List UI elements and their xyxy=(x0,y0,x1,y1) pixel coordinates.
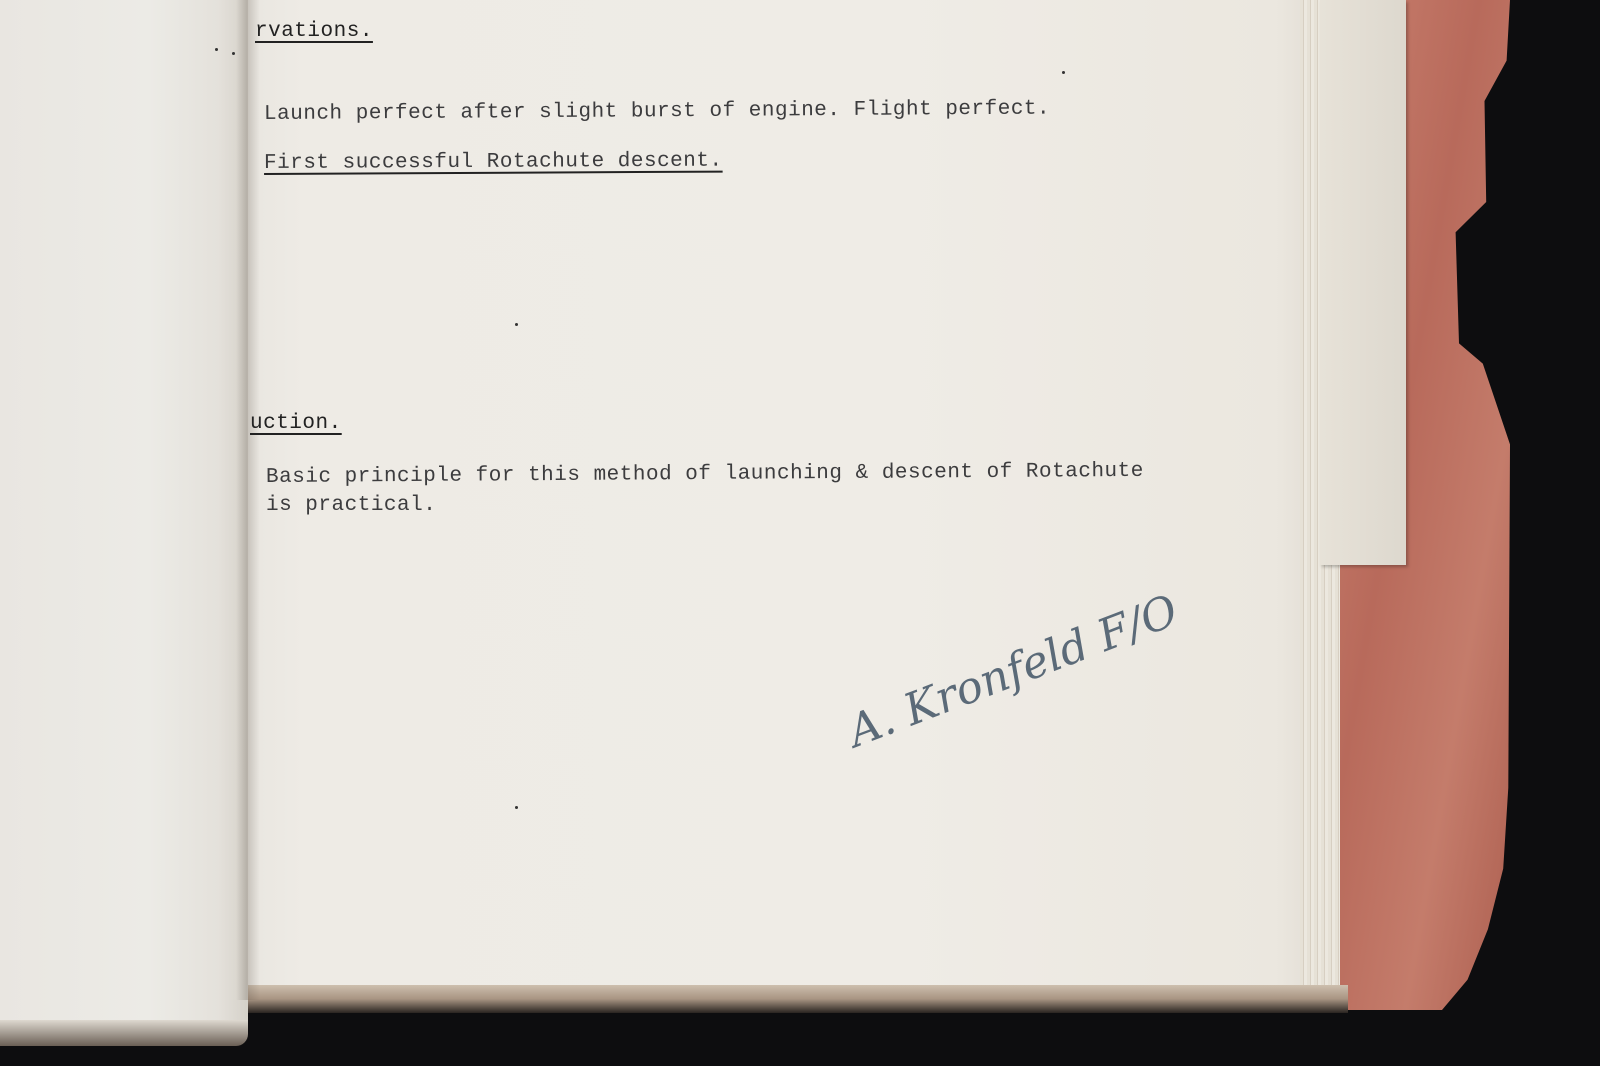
insert-sheet xyxy=(1320,0,1406,565)
conclusion-line-2: is practical. xyxy=(266,494,436,517)
section-heading-conclusion: uction. xyxy=(250,412,342,435)
observation-line-2: First successful Rotachute descent. xyxy=(264,150,723,175)
gutter-shadow xyxy=(236,0,260,1000)
page-bottom-edge xyxy=(248,985,1348,1013)
ink-speck xyxy=(515,323,518,326)
section-heading-observations: rvations. xyxy=(255,20,373,43)
ink-speck xyxy=(232,52,235,55)
document-photo: rvations. Launch perfect after slight bu… xyxy=(0,0,1600,1066)
left-page xyxy=(0,0,248,1030)
left-page-bottom xyxy=(0,1020,248,1046)
ink-speck xyxy=(215,48,218,51)
ink-speck xyxy=(1062,71,1065,74)
ink-speck xyxy=(515,806,518,809)
